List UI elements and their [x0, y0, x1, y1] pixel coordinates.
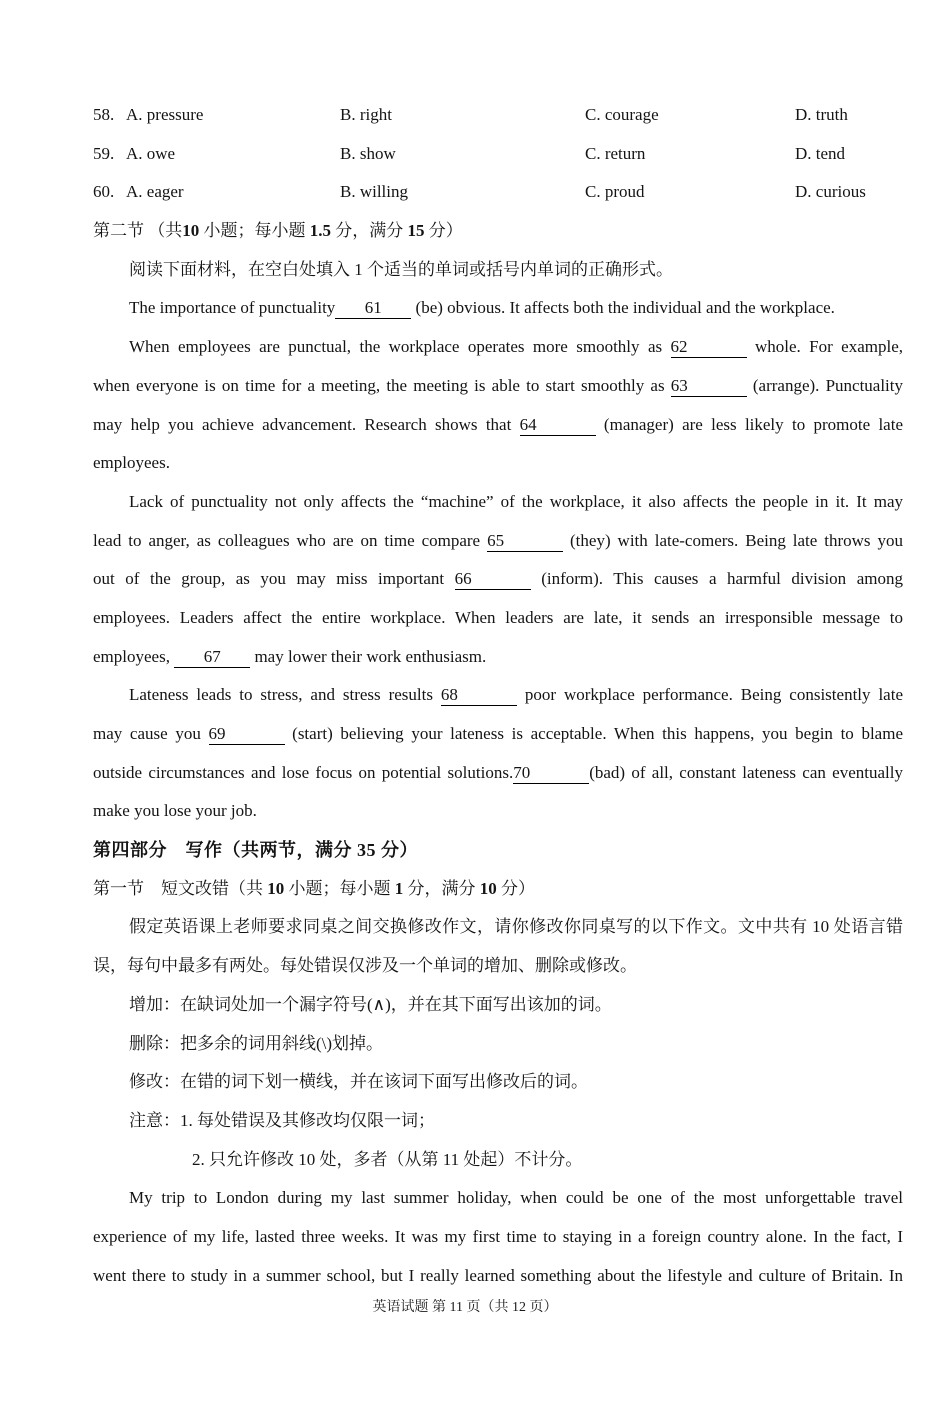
option-b: B. show [340, 135, 585, 174]
essay-line-1: My trip to London during my last summer … [93, 1179, 903, 1218]
text-run: 第一节 短文改错（共 [93, 879, 267, 898]
text-run: went there to study in a summer school, … [93, 1266, 903, 1285]
text-run: employees, [93, 647, 174, 666]
fill-blank-67: 67 [174, 647, 250, 668]
fill-blank-70: 70 [513, 763, 589, 784]
cloze-line-13: outside circumstances and lose focus on … [93, 754, 903, 793]
text-run: 修改：在错的词下划一横线，并在该词下面写出修改后的词。 [129, 1072, 588, 1091]
text-run: experience of my life, lasted three week… [93, 1227, 903, 1246]
cloze-line-2: When employees are punctual, the workpla… [93, 328, 903, 367]
text-run: make you lose your job. [93, 801, 257, 820]
option-row-58: 58.A. pressureB. rightC. courageD. truth [93, 96, 903, 135]
text-run: when everyone is on time for a meeting, … [93, 376, 671, 395]
text-run: (arrange). Punctuality [747, 376, 903, 395]
cloze-line-5: employees. [93, 444, 903, 483]
note-1: 注意：1. 每处错误及其修改均仅限一词； [93, 1102, 903, 1141]
text-run: 第四部分 写作（共两节，满分 35 分） [93, 840, 418, 860]
option-a: 58.A. pressure [93, 96, 340, 135]
fill-blank-65: 65 [487, 531, 563, 552]
text-run: 第二节 （共 [93, 221, 182, 240]
cloze-line-8: out of the group, as you may miss import… [93, 560, 903, 599]
text-run: My trip to London during my last summer … [129, 1188, 903, 1207]
text-run: 2. 只允许修改 10 处，多者（从第 11 处起）不计分。 [192, 1150, 582, 1169]
text-run: 分，满分 [331, 221, 408, 240]
text-run: 分） [497, 879, 535, 898]
cloze-line-7: lead to anger, as colleagues who are on … [93, 522, 903, 561]
fill-blank-63: 63 [671, 376, 747, 397]
text-run: employees. [93, 453, 170, 472]
text-run: 1.5 [310, 221, 331, 240]
correction-intro-2: 误，每句中最多有两处。每处错误仅涉及一个单词的增加、删除或修改。 [93, 947, 903, 986]
option-c: C. courage [585, 96, 795, 135]
cloze-line-10: employees, 67 may lower their work enthu… [93, 638, 903, 677]
cloze-line-1: The importance of punctuality61 (be) obv… [93, 289, 903, 328]
fill-blank-61: 61 [335, 298, 411, 319]
fill-blank-64: 64 [520, 415, 596, 436]
cloze-line-3: when everyone is on time for a meeting, … [93, 367, 903, 406]
cloze-instructions: 阅读下面材料，在空白处填入 1 个适当的单词或括号内单词的正确形式。 [93, 251, 903, 290]
option-b: B. right [340, 96, 585, 135]
section-2-heading: 第二节 （共10 小题；每小题 1.5 分，满分 15 分） [93, 212, 903, 251]
text-run: lead to anger, as colleagues who are on … [93, 531, 487, 550]
cloze-line-9: employees. Leaders affect the entire wor… [93, 599, 903, 638]
option-b: B. willing [340, 173, 585, 212]
question-number: 59. [93, 135, 126, 174]
text-run: 分） [425, 221, 463, 240]
fill-blank-62: 62 [671, 337, 747, 358]
text-run: may help you achieve advancement. Resear… [93, 415, 520, 434]
cloze-line-4: may help you achieve advancement. Resear… [93, 406, 903, 445]
essay-line-2: experience of my life, lasted three week… [93, 1218, 903, 1257]
text-run: poor workplace performance. Being consis… [517, 685, 903, 704]
option-a: 60.A. eager [93, 173, 340, 212]
text-run: whole. For example, [747, 337, 903, 356]
rule-modify: 修改：在错的词下划一横线，并在该词下面写出修改后的词。 [93, 1063, 903, 1102]
text-run: When employees are punctual, the workpla… [129, 337, 671, 356]
text-run: (they) with late-comers. Being late thro… [563, 531, 903, 550]
option-c: C. return [585, 135, 795, 174]
text-run: may lower their work enthusiasm. [250, 647, 486, 666]
cloze-line-11: Lateness leads to stress, and stress res… [93, 676, 903, 715]
text-run: 1 [395, 879, 404, 898]
text-run: 小题；每小题 [284, 879, 395, 898]
section-1-heading: 第一节 短文改错（共 10 小题；每小题 1 分，满分 10 分） [93, 870, 903, 909]
document-lines: 第二节 （共10 小题；每小题 1.5 分，满分 15 分）阅读下面材料，在空白… [93, 212, 903, 1295]
option-d: D. truth [795, 96, 903, 135]
essay-line-3: went there to study in a summer school, … [93, 1257, 903, 1296]
option-d: D. curious [795, 173, 903, 212]
cloze-line-6: Lack of punctuality not only affects the… [93, 483, 903, 522]
option-a: 59.A. owe [93, 135, 340, 174]
text-run: may cause you [93, 724, 209, 743]
rule-delete: 删除：把多余的词用斜线(\)划掉。 [93, 1025, 903, 1064]
text-run: outside circumstances and lose focus on … [93, 763, 513, 782]
fill-blank-69: 69 [209, 724, 285, 745]
text-run: 10 [480, 879, 497, 898]
exam-page: 58.A. pressureB. rightC. courageD. truth… [0, 0, 930, 1403]
text-run: 假定英语课上老师要求同桌之间交换修改作文，请你修改你同桌写的以下作文。文中共有 … [129, 917, 903, 936]
correction-intro-1: 假定英语课上老师要求同桌之间交换修改作文，请你修改你同桌写的以下作文。文中共有 … [93, 908, 903, 947]
text-run: 小题；每小题 [199, 221, 310, 240]
fill-blank-68: 68 [441, 685, 517, 706]
rule-add: 增加：在缺词处加一个漏字符号(∧)，并在其下面写出该加的词。 [93, 986, 903, 1025]
text-run: employees. Leaders affect the entire wor… [93, 608, 903, 627]
text-run: (be) obvious. It affects both the indivi… [411, 298, 835, 317]
note-2: 2. 只允许修改 10 处，多者（从第 11 处起）不计分。 [93, 1141, 903, 1180]
text-run: 增加：在缺词处加一个漏字符号(∧)，并在其下面写出该加的词。 [129, 995, 612, 1014]
text-run: (bad) of all, constant lateness can even… [589, 763, 903, 782]
text-run: Lateness leads to stress, and stress res… [129, 685, 441, 704]
option-row-59: 59.A. oweB. showC. returnD. tend [93, 135, 903, 174]
question-number: 58. [93, 96, 126, 135]
cloze-line-14: make you lose your job. [93, 792, 903, 831]
text-run: 误，每句中最多有两处。每处错误仅涉及一个单词的增加、删除或修改。 [93, 956, 637, 975]
text-run: 分，满分 [403, 879, 480, 898]
part-4-heading: 第四部分 写作（共两节，满分 35 分） [93, 831, 903, 870]
text-run: Lack of punctuality not only affects the… [129, 492, 903, 511]
text-run: The importance of punctuality [129, 298, 335, 317]
option-table: 58.A. pressureB. rightC. courageD. truth… [93, 96, 903, 212]
option-d: D. tend [795, 135, 903, 174]
text-run: 删除：把多余的词用斜线(\)划掉。 [129, 1034, 383, 1053]
text-run: out of the group, as you may miss import… [93, 569, 455, 588]
question-number: 60. [93, 173, 126, 212]
text-run: (manager) are less likely to promote lat… [596, 415, 903, 434]
text-run: 阅读下面材料，在空白处填入 1 个适当的单词或括号内单词的正确形式。 [129, 260, 673, 279]
page-content: 58.A. pressureB. rightC. courageD. truth… [93, 96, 903, 1295]
text-run: 15 [408, 221, 425, 240]
text-run: 10 [267, 879, 284, 898]
text-run: 10 [182, 221, 199, 240]
text-run: (inform). This causes a harmful division… [531, 569, 903, 588]
option-row-60: 60.A. eagerB. willingC. proudD. curious [93, 173, 903, 212]
text-run: (start) believing your lateness is accep… [285, 724, 904, 743]
fill-blank-66: 66 [455, 569, 531, 590]
option-c: C. proud [585, 173, 795, 212]
text-run: 注意：1. 每处错误及其修改均仅限一词； [129, 1111, 435, 1130]
page-footer: 英语试题 第 11 页（共 12 页） [0, 1296, 930, 1316]
cloze-line-12: may cause you 69 (start) believing your … [93, 715, 903, 754]
